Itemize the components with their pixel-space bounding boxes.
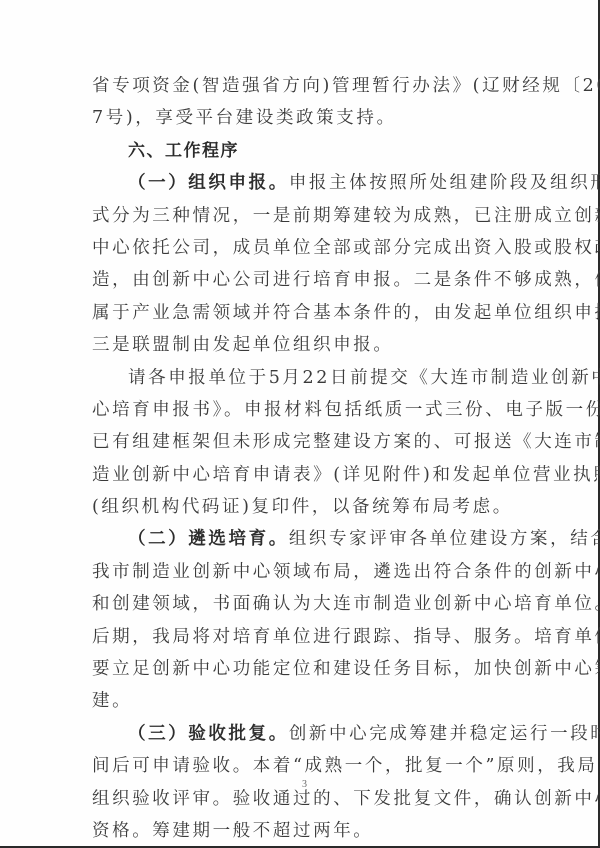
text-line: 心培育申报书》。申报材料包括纸质一式三份、电子版一份。 xyxy=(92,394,514,426)
text-line: 7号)，享受平台建设类政策支持。 xyxy=(92,102,514,134)
paragraph-first-line: （二）遴选培育。组织专家评审各单位建设方案，结合 xyxy=(92,523,514,555)
text-line: 已有组建框架但未形成完整建设方案的、可报送《大连市制 xyxy=(92,426,514,458)
text-line: 中心依托公司，成员单位全部或部分完成出资入股或股权改 xyxy=(92,232,514,264)
text-line: 建。 xyxy=(92,685,514,717)
document-page: 省专项资金(智造强省方向)管理暂行办法》(辽财经规〔2024〕 7号)，享受平台… xyxy=(0,0,600,848)
text-line: (组织机构代码证)复印件，以备统筹布局考虑。 xyxy=(92,491,514,523)
paragraph-first-line: （一）组织申报。申报主体按照所处组建阶段及组织形 xyxy=(92,167,514,199)
paragraph-first-line: 请各申报单位于5月22日前提交《大连市制造业创新中 xyxy=(92,362,514,394)
paragraph-first-line: （三）验收批复。创新中心完成筹建并稳定运行一段时 xyxy=(92,718,514,750)
text-line: 要立足创新中心功能定位和建设任务目标，加快创新中心筹 xyxy=(92,653,514,685)
text-line: 我市制造业创新中心领域布局，遴选出符合条件的创新中心 xyxy=(92,556,514,588)
text-line: 造业创新中心培育申请表》(详见附件)和发起单位营业执照 xyxy=(92,459,514,491)
subsection-title: （一）组织申报。 xyxy=(128,173,289,193)
text-line: 式分为三种情况，一是前期筹建较为成熟，已注册成立创新 xyxy=(92,200,514,232)
text-run: 创新中心完成筹建并稳定运行一段时 xyxy=(289,724,600,744)
text-line: 资格。筹建期一般不超过两年。 xyxy=(92,815,514,847)
page-number: 3 xyxy=(302,779,307,790)
text-line: 省专项资金(智造强省方向)管理暂行办法》(辽财经规〔2024〕 xyxy=(92,70,514,102)
text-line: 间后可申请验收。本着“成熟一个，批复一个”原则，我局 xyxy=(92,750,514,782)
text-line: 后期，我局将对培育单位进行跟踪、指导、服务。培育单位 xyxy=(92,621,514,653)
text-line: 造，由创新中心公司进行培育申报。二是条件不够成熟，但 xyxy=(92,264,514,296)
text-line: 和创建领域，书面确认为大连市制造业创新中心培育单位。 xyxy=(92,588,514,620)
text-run: 组织专家评审各单位建设方案，结合 xyxy=(289,529,600,549)
text-line: 三是联盟制由发起单位组织申报。 xyxy=(92,329,514,361)
subsection-title: （三）验收批复。 xyxy=(128,724,289,744)
text-line: 属于产业急需领域并符合基本条件的，由发起单位组织申报。 xyxy=(92,297,514,329)
subsection-title: （二）遴选培育。 xyxy=(128,529,289,549)
document-body: 省专项资金(智造强省方向)管理暂行办法》(辽财经规〔2024〕 7号)，享受平台… xyxy=(92,70,514,847)
text-run: 申报主体按照所处组建阶段及组织形 xyxy=(289,173,600,193)
section-heading: 六、工作程序 xyxy=(92,135,514,167)
